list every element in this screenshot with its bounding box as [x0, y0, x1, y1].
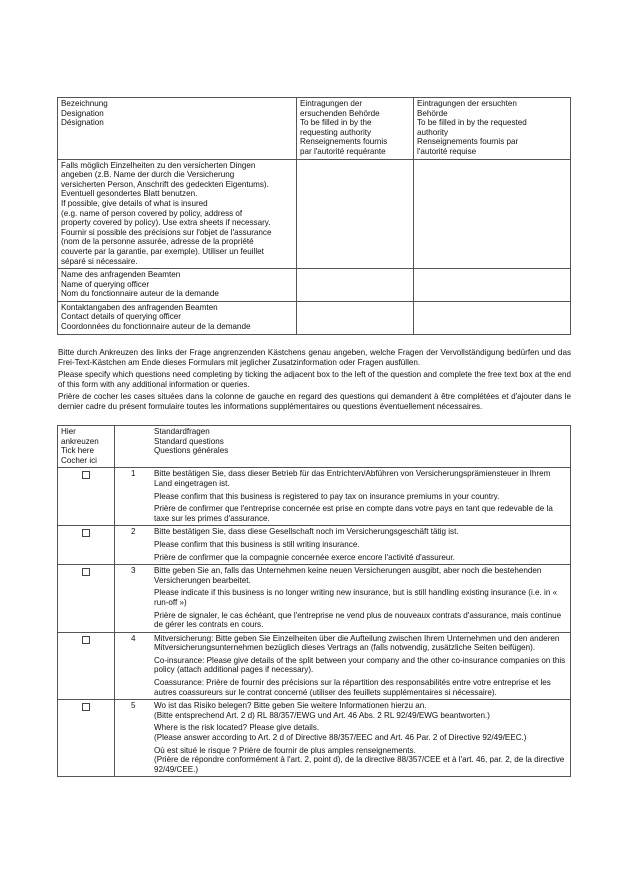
insured-details-requesting-field[interactable]	[297, 159, 414, 269]
label-line: versicherten Person, Anschrift des gedec…	[61, 180, 293, 190]
label-line: angeben (z.B. Name der durch die Versich…	[61, 170, 293, 180]
tick-cell	[58, 565, 115, 633]
instructions-de: Bitte durch Ankreuzen des links der Frag…	[58, 348, 571, 367]
question-text: Wo ist das Risiko belegen? Bitte geben S…	[146, 700, 571, 777]
officer-name-label: Name des anfragenden Beamten Name of que…	[58, 269, 297, 302]
label-line: (e.g. name of person covered by policy, …	[61, 209, 293, 219]
instructions: Bitte durch Ankreuzen des links der Frag…	[58, 348, 571, 415]
label-line: Name des anfragenden Beamten	[61, 270, 293, 280]
header-line: l'autorité requise	[417, 147, 567, 157]
question-en: Please confirm that this business is reg…	[154, 492, 567, 502]
label-line: séparé si nécessaire.	[61, 257, 293, 267]
label-line: property covered by policy). Use extra s…	[61, 218, 293, 228]
officer-contact-requesting-field[interactable]	[297, 301, 414, 334]
header-line: To be filled in by the	[300, 118, 410, 128]
designation-header: Bezeichnung Designation Désignation	[58, 98, 297, 160]
officer-contact-label: Kontaktangaben des anfragenden Beamten C…	[58, 301, 297, 334]
label-line: Contact details of querying officer	[61, 312, 293, 322]
question-fr: Où est situé le risque ? Prière de fourn…	[154, 746, 567, 775]
question-fr: Prière de confirmer que l'entreprise con…	[154, 504, 567, 523]
question-fr: Prière de confirmer que la compagnie con…	[154, 553, 567, 563]
header-line: Bezeichnung	[61, 99, 293, 109]
tick-cell	[58, 632, 115, 700]
question-checkbox[interactable]	[82, 636, 90, 644]
question-en: Please indicate if this business is no l…	[154, 588, 567, 607]
label-line: Kontaktangaben des anfragenden Beamten	[61, 303, 293, 313]
standard-questions-table: Hier ankreuzen Tick here Cocher ici Stan…	[57, 425, 571, 777]
question-number: 4	[115, 632, 147, 700]
header-line: Cocher ici	[61, 456, 111, 466]
header-line: Eintragungen der ersuchten	[417, 99, 567, 109]
question-fr: Prière de signaler, le cas échéant, que …	[154, 611, 567, 630]
header-line: Eintragungen der	[300, 99, 410, 109]
insured-details-label: Falls möglich Einzelheiten zu den versic…	[58, 159, 297, 269]
question-row: 3 Bitte geben Sie an, falls das Unterneh…	[58, 565, 571, 633]
questions-header-row: Hier ankreuzen Tick here Cocher ici Stan…	[58, 426, 571, 468]
header-line: par l'autorité requérante	[300, 147, 410, 157]
requesting-authority-header: Eintragungen der ersuchenden Behörde To …	[297, 98, 414, 160]
officer-name-requesting-field[interactable]	[297, 269, 414, 302]
number-column-header	[115, 426, 147, 468]
header-line: Tick here	[61, 446, 111, 456]
tick-cell	[58, 468, 115, 526]
label-line: Coordonnées du fonctionnaire auteur de l…	[61, 322, 293, 332]
question-number: 3	[115, 565, 147, 633]
header-line: Designation	[61, 109, 293, 119]
question-text: Bitte bestätigen Sie, dass dieser Betrie…	[146, 468, 571, 526]
insured-details-requested-field[interactable]	[414, 159, 571, 269]
instructions-fr: Prière de cocher les cases situées dans …	[58, 392, 571, 411]
question-text: Bitte geben Sie an, falls das Unternehme…	[146, 565, 571, 633]
header-line: To be filled in by the requested	[417, 118, 567, 128]
questions-column-header: Standardfragen Standard questions Questi…	[146, 426, 571, 468]
question-checkbox[interactable]	[82, 529, 90, 537]
label-line: Name of querying officer	[61, 280, 293, 290]
label-line: couverte par la garantie, par exemple). …	[61, 247, 293, 257]
header-row: Bezeichnung Designation Désignation Eint…	[58, 98, 571, 160]
header-line: ankreuzen	[61, 437, 111, 447]
question-number: 1	[115, 468, 147, 526]
label-line: (nom de la personne assurée, adresse de …	[61, 237, 293, 247]
officer-contact-row: Kontaktangaben des anfragenden Beamten C…	[58, 301, 571, 334]
label-line: Falls möglich Einzelheiten zu den versic…	[61, 161, 293, 171]
question-fr: Coassurance: Prière de fournir des préci…	[154, 678, 567, 697]
instructions-en: Please specify which questions need comp…	[58, 370, 571, 389]
header-line: authority	[417, 128, 567, 138]
question-row: 1 Bitte bestätigen Sie, dass dieser Betr…	[58, 468, 571, 526]
header-line: Renseignements fournis par	[417, 137, 567, 147]
question-row: 2 Bitte bestätigen Sie, dass diese Gesel…	[58, 526, 571, 565]
insured-details-row: Falls möglich Einzelheiten zu den versic…	[58, 159, 571, 269]
requested-authority-header: Eintragungen der ersuchten Behörde To be…	[414, 98, 571, 160]
question-row: 4 Mitversicherung: Bitte geben Sie Einze…	[58, 632, 571, 700]
header-line: Désignation	[61, 118, 293, 128]
label-line: Eventuell gesondertes Blatt benutzen.	[61, 189, 293, 199]
tick-column-header: Hier ankreuzen Tick here Cocher ici	[58, 426, 115, 468]
questions-body: 1 Bitte bestätigen Sie, dass dieser Betr…	[58, 468, 571, 777]
question-en: Where is the risk located? Please give d…	[154, 723, 567, 742]
question-text: Mitversicherung: Bitte geben Sie Einzelh…	[146, 632, 571, 700]
label-line: If possible, give details of what is ins…	[61, 199, 293, 209]
question-en: Co-insurance: Please give details of the…	[154, 656, 567, 675]
header-line: ersuchenden Behörde	[300, 109, 410, 119]
officer-name-requested-field[interactable]	[414, 269, 571, 302]
question-de: Bitte geben Sie an, falls das Unternehme…	[154, 566, 567, 585]
header-line: Behörde	[417, 109, 567, 119]
header-line: Standard questions	[154, 437, 567, 447]
label-line: Nom du fonctionnaire auteur de la demand…	[61, 289, 293, 299]
request-details-table: Bezeichnung Designation Désignation Eint…	[57, 97, 571, 335]
header-line: Standardfragen	[154, 427, 567, 437]
tick-cell	[58, 526, 115, 565]
header-line: Questions générales	[154, 446, 567, 456]
question-de: Bitte bestätigen Sie, dass dieser Betrie…	[154, 469, 567, 488]
question-row: 5 Wo ist das Risiko belegen? Bitte geben…	[58, 700, 571, 777]
officer-name-row: Name des anfragenden Beamten Name of que…	[58, 269, 571, 302]
question-checkbox[interactable]	[82, 568, 90, 576]
question-de: Wo ist das Risiko belegen? Bitte geben S…	[154, 701, 567, 720]
header-line: Renseignements fournis	[300, 137, 410, 147]
header-line: requesting authority	[300, 128, 410, 138]
officer-contact-requested-field[interactable]	[414, 301, 571, 334]
question-number: 5	[115, 700, 147, 777]
label-line: Fournir si possible des précisions sur l…	[61, 228, 293, 238]
question-text: Bitte bestätigen Sie, dass diese Gesells…	[146, 526, 571, 565]
tick-cell	[58, 700, 115, 777]
question-number: 2	[115, 526, 147, 565]
question-en: Please confirm that this business is sti…	[154, 540, 567, 550]
question-checkbox[interactable]	[82, 471, 90, 479]
question-de: Mitversicherung: Bitte geben Sie Einzelh…	[154, 634, 567, 653]
question-de: Bitte bestätigen Sie, dass diese Gesells…	[154, 527, 567, 537]
question-checkbox[interactable]	[82, 703, 90, 711]
header-line: Hier	[61, 427, 111, 437]
